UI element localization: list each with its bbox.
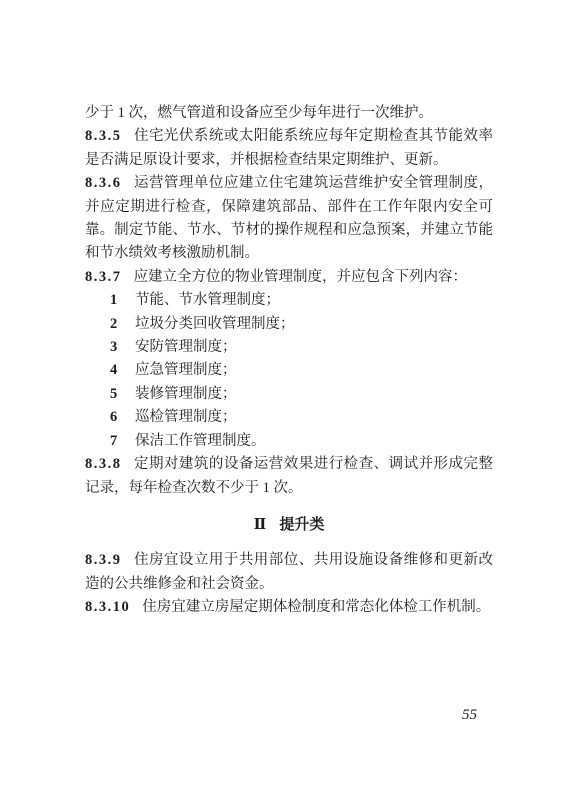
list-item: 6巡检管理制度； [85, 406, 493, 429]
heading-numeral: Ⅱ [254, 517, 267, 533]
list-item-number: 1 [110, 289, 135, 312]
clause-text: 住房宜设立用于共用部位、共用设施设备维修和更新改造的公共维修金和社会资金。 [85, 552, 493, 591]
list-item-text: 装修管理制度； [135, 386, 237, 402]
clause-text: 住宅光伏系统或太阳能系统应每年定期检查其节能效率是否满足原设计要求，并根据检查结… [85, 128, 493, 167]
list-item: 5装修管理制度； [85, 383, 493, 406]
text-column: 少于 1 次，燃气管道和设备应至少每年进行一次维护。8.3.5住宅光伏系统或太阳… [85, 102, 493, 620]
page-number: 55 [462, 706, 477, 724]
clause-number: 8.3.10 [85, 599, 130, 615]
clause-8-3-9: 8.3.9住房宜设立用于共用部位、共用设施设备维修和更新改造的公共维修金和社会资… [85, 549, 493, 596]
list-item: 2垃圾分类回收管理制度； [85, 313, 493, 336]
clause-8-3-6: 8.3.6运营管理单位应建立住宅建筑运营维护安全管理制度，并应定期进行检查，保障… [85, 172, 493, 266]
heading-title: 提升类 [279, 517, 324, 533]
list-item-text: 应急管理制度； [135, 362, 237, 378]
list-item-number: 4 [110, 359, 135, 382]
clause-text: 住房宜建立房屋定期体检制度和常态化体检工作机制。 [142, 599, 490, 615]
list-item: 4应急管理制度； [85, 359, 493, 382]
clause-8-3-10: 8.3.10住房宜建立房屋定期体检制度和常态化体检工作机制。 [85, 596, 493, 619]
clause-number: 8.3.9 [85, 552, 122, 568]
list-item: 3安防管理制度； [85, 336, 493, 359]
clause-8-3-7: 8.3.7应建立全方位的物业管理制度，并应包含下列内容： [85, 266, 493, 289]
section-heading: Ⅱ提升类 [85, 514, 493, 537]
list-item-text: 节能、节水管理制度； [135, 292, 280, 308]
document-page: 少于 1 次，燃气管道和设备应至少每年进行一次维护。8.3.5住宅光伏系统或太阳… [0, 0, 561, 804]
clause-number: 8.3.8 [85, 456, 122, 472]
list-item-text: 垃圾分类回收管理制度； [135, 316, 295, 332]
clause-text: 运营管理单位应建立住宅建筑运营维护安全管理制度，并应定期进行检查，保障建筑部品、… [85, 175, 493, 261]
list-item-text: 保洁工作管理制度。 [135, 433, 266, 449]
list-item: 1节能、节水管理制度； [85, 289, 493, 312]
paragraph-continuation: 少于 1 次，燃气管道和设备应至少每年进行一次维护。 [85, 102, 493, 125]
clause-number: 8.3.5 [85, 128, 122, 144]
clause-8-3-8: 8.3.8定期对建筑的设备运营效果进行检查、调试并形成完整记录，每年检查次数不少… [85, 453, 493, 500]
list-item-number: 5 [110, 383, 135, 406]
list-item-text: 巡检管理制度； [135, 409, 237, 425]
list-item-number: 7 [110, 430, 135, 453]
clause-text: 定期对建筑的设备运营效果进行检查、调试并形成完整记录，每年检查次数不少于 1 次… [85, 456, 493, 495]
clause-8-3-5: 8.3.5住宅光伏系统或太阳能系统应每年定期检查其节能效率是否满足原设计要求，并… [85, 125, 493, 172]
list-item-number: 2 [110, 313, 135, 336]
list-item: 7保洁工作管理制度。 [85, 430, 493, 453]
clause-number: 8.3.7 [85, 269, 122, 285]
list-item-number: 6 [110, 406, 135, 429]
clause-text: 应建立全方位的物业管理制度，并应包含下列内容： [134, 269, 468, 285]
list-item-number: 3 [110, 336, 135, 359]
clause-list: 1节能、节水管理制度；2垃圾分类回收管理制度；3安防管理制度；4应急管理制度；5… [85, 289, 493, 453]
clause-number: 8.3.6 [85, 175, 122, 191]
list-item-text: 安防管理制度； [135, 339, 237, 355]
